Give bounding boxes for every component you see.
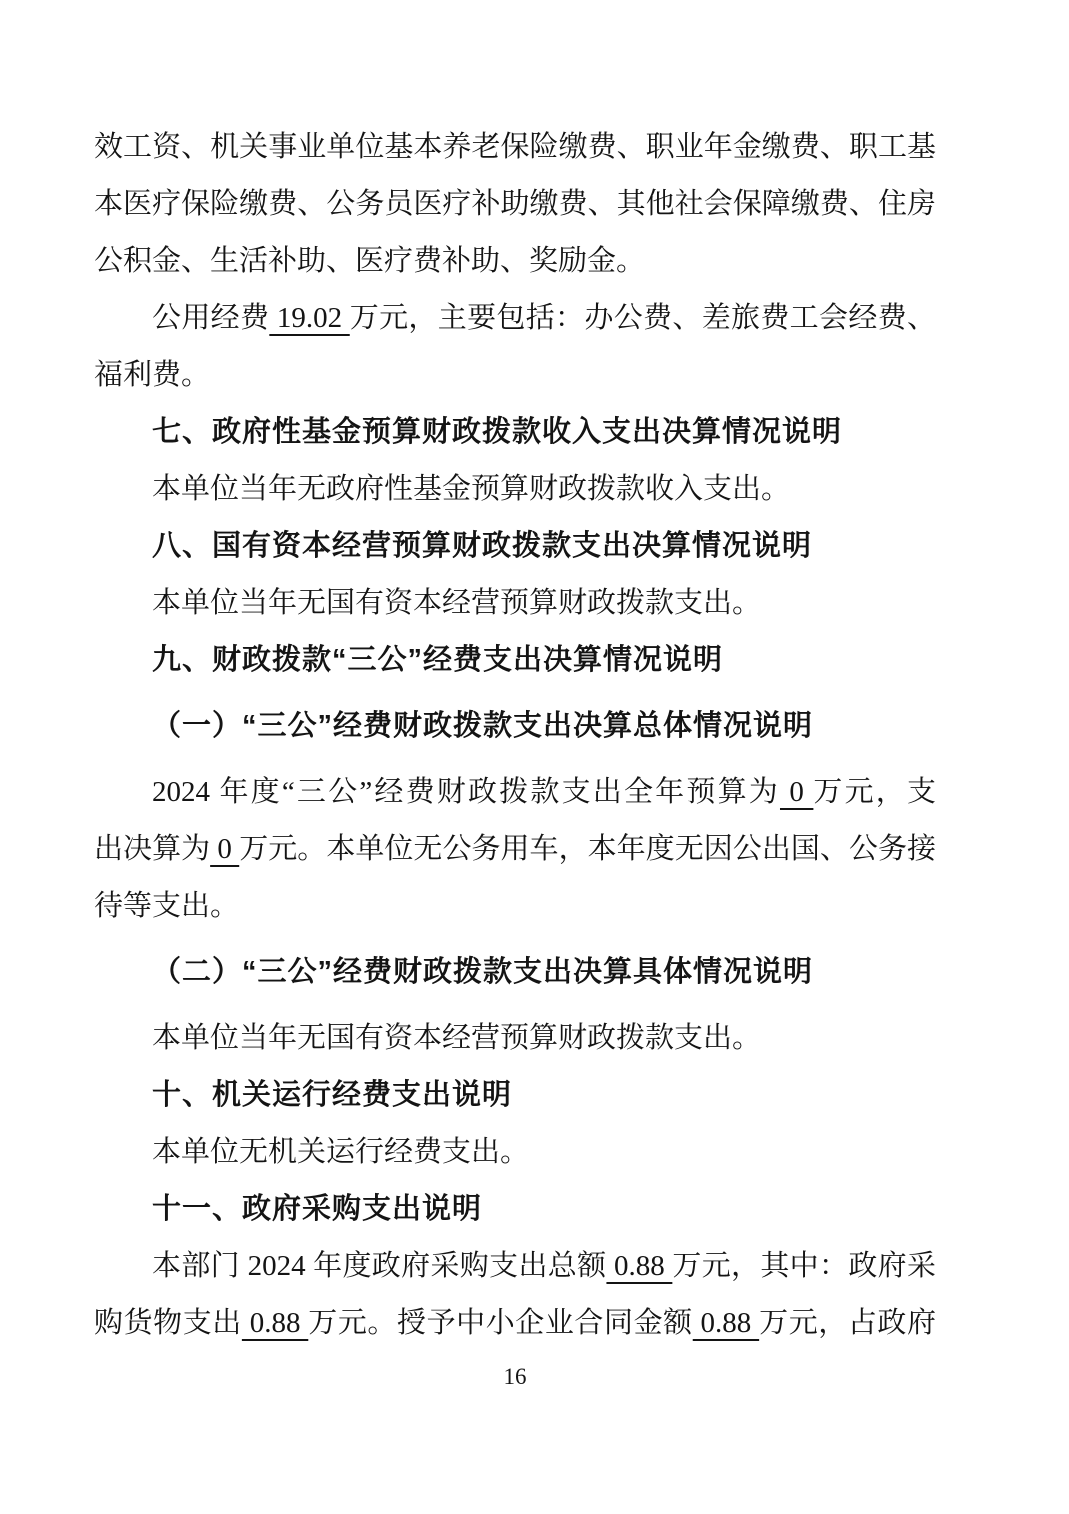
- paragraph-personnel-funds-continued: 效工资、机关事业单位基本养老保险缴费、职业年金缴费、职工基本医疗保险缴费、公务员…: [94, 119, 936, 290]
- text-segment: 福利费。: [94, 359, 210, 391]
- text-line: 本医疗保险缴费、公务员医疗补助缴费、其他社会保障缴费、住房: [94, 176, 936, 233]
- text-segment: 公积金、生活补助、医疗费补助、奖励金。: [94, 245, 645, 277]
- text-segment: 万元，支: [813, 776, 936, 808]
- text-segment: 七、政府性基金预算财政拨款收入支出决算情况说明: [152, 416, 842, 448]
- text-line: （一）“三公”经费财政拨款支出决算总体情况说明: [94, 698, 936, 755]
- underlined-value: 0: [780, 776, 813, 808]
- text-segment: 出决算为: [94, 833, 210, 865]
- text-line: 本单位当年无政府性基金预算财政拨款收入支出。: [94, 461, 936, 518]
- text-segment: 待等支出。: [94, 890, 239, 922]
- underlined-value: 19.02: [269, 302, 349, 334]
- paragraph-section-8: 本单位当年无国有资本经营预算财政拨款支出。: [94, 575, 936, 632]
- paragraph-section-11: 本部门 2024 年度政府采购支出总额 0.88 万元，其中：政府采购货物支出 …: [94, 1238, 936, 1352]
- text-line: 购货物支出 0.88 万元。授予中小企业合同金额 0.88 万元，占政府: [94, 1295, 936, 1352]
- paragraph-section-9-2: 本单位当年无国有资本经营预算财政拨款支出。: [94, 1010, 936, 1067]
- underlined-value: 0.88: [242, 1307, 308, 1339]
- text-segment: 本部门 2024 年度政府采购支出总额: [152, 1250, 606, 1282]
- text-line: 八、国有资本经营预算财政拨款支出决算情况说明: [94, 518, 936, 575]
- paragraph-section-7: 本单位当年无政府性基金预算财政拨款收入支出。: [94, 461, 936, 518]
- page-number: 16: [94, 1363, 936, 1391]
- text-line: 2024 年度“三公”经费财政拨款支出全年预算为 0 万元，支: [94, 764, 936, 821]
- text-segment: 万元。本单位无公务用车，本年度无因公出国、公务接: [239, 833, 936, 865]
- text-segment: 八、国有资本经营预算财政拨款支出决算情况说明: [152, 530, 812, 562]
- heading-section-9-1: （一）“三公”经费财政拨款支出决算总体情况说明: [94, 698, 936, 755]
- document-body: 效工资、机关事业单位基本养老保险缴费、职业年金缴费、职工基本医疗保险缴费、公务员…: [94, 119, 936, 1352]
- text-segment: 万元，其中：政府采: [672, 1250, 936, 1282]
- document-page: 效工资、机关事业单位基本养老保险缴费、职业年金缴费、职工基本医疗保险缴费、公务员…: [0, 0, 1069, 1514]
- text-segment: （一）“三公”经费财政拨款支出决算总体情况说明: [152, 710, 813, 742]
- text-segment: 公用经费: [152, 302, 269, 334]
- text-segment: 本单位当年无国有资本经营预算财政拨款支出。: [152, 1022, 761, 1054]
- text-segment: 本单位无机关运行经费支出。: [152, 1136, 529, 1168]
- underlined-value: 0.88: [693, 1307, 759, 1339]
- text-line: 福利费。: [94, 347, 936, 404]
- heading-section-7: 七、政府性基金预算财政拨款收入支出决算情况说明: [94, 404, 936, 461]
- heading-section-11: 十一、政府采购支出说明: [94, 1181, 936, 1238]
- heading-section-8: 八、国有资本经营预算财政拨款支出决算情况说明: [94, 518, 936, 575]
- text-line: 本单位当年无国有资本经营预算财政拨款支出。: [94, 575, 936, 632]
- text-line: 效工资、机关事业单位基本养老保险缴费、职业年金缴费、职工基: [94, 119, 936, 176]
- text-line: （二）“三公”经费财政拨款支出决算具体情况说明: [94, 944, 936, 1001]
- text-segment: 2024 年度“三公”经费财政拨款支出全年预算为: [152, 776, 780, 808]
- text-segment: 本单位当年无国有资本经营预算财政拨款支出。: [152, 587, 761, 619]
- text-line: 出决算为 0 万元。本单位无公务用车，本年度无因公出国、公务接: [94, 821, 936, 878]
- text-line: 十、机关运行经费支出说明: [94, 1067, 936, 1124]
- text-line: 公积金、生活补助、医疗费补助、奖励金。: [94, 233, 936, 290]
- text-line: 公用经费 19.02 万元，主要包括：办公费、差旅费工会经费、: [94, 290, 936, 347]
- text-segment: 万元，主要包括：办公费、差旅费工会经费、: [350, 302, 936, 334]
- text-line: 十一、政府采购支出说明: [94, 1181, 936, 1238]
- text-segment: 本单位当年无政府性基金预算财政拨款收入支出。: [152, 473, 790, 505]
- text-segment: （二）“三公”经费财政拨款支出决算具体情况说明: [152, 956, 813, 988]
- text-segment: 购货物支出: [94, 1307, 242, 1339]
- heading-section-9-2: （二）“三公”经费财政拨款支出决算具体情况说明: [94, 944, 936, 1001]
- text-line: 九、财政拨款“三公”经费支出决算情况说明: [94, 632, 936, 689]
- text-segment: 万元，占政府: [759, 1307, 936, 1339]
- text-segment: 十一、政府采购支出说明: [152, 1193, 482, 1225]
- text-line: 本单位当年无国有资本经营预算财政拨款支出。: [94, 1010, 936, 1067]
- text-segment: 本医疗保险缴费、公务员医疗补助缴费、其他社会保障缴费、住房: [94, 188, 936, 220]
- heading-section-9: 九、财政拨款“三公”经费支出决算情况说明: [94, 632, 936, 689]
- paragraph-section-9-1: 2024 年度“三公”经费财政拨款支出全年预算为 0 万元，支出决算为 0 万元…: [94, 764, 936, 935]
- paragraph-section-10: 本单位无机关运行经费支出。: [94, 1124, 936, 1181]
- underlined-value: 0: [210, 833, 239, 865]
- text-segment: 万元。授予中小企业合同金额: [308, 1307, 692, 1339]
- text-segment: 效工资、机关事业单位基本养老保险缴费、职业年金缴费、职工基: [94, 131, 936, 163]
- text-segment: 十、机关运行经费支出说明: [152, 1079, 512, 1111]
- heading-section-10: 十、机关运行经费支出说明: [94, 1067, 936, 1124]
- underlined-value: 0.88: [606, 1250, 672, 1282]
- text-line: 本单位无机关运行经费支出。: [94, 1124, 936, 1181]
- text-line: 本部门 2024 年度政府采购支出总额 0.88 万元，其中：政府采: [94, 1238, 936, 1295]
- paragraph-public-funds: 公用经费 19.02 万元，主要包括：办公费、差旅费工会经费、福利费。: [94, 290, 936, 404]
- text-line: 待等支出。: [94, 878, 936, 935]
- text-line: 七、政府性基金预算财政拨款收入支出决算情况说明: [94, 404, 936, 461]
- text-segment: 九、财政拨款“三公”经费支出决算情况说明: [152, 644, 723, 676]
